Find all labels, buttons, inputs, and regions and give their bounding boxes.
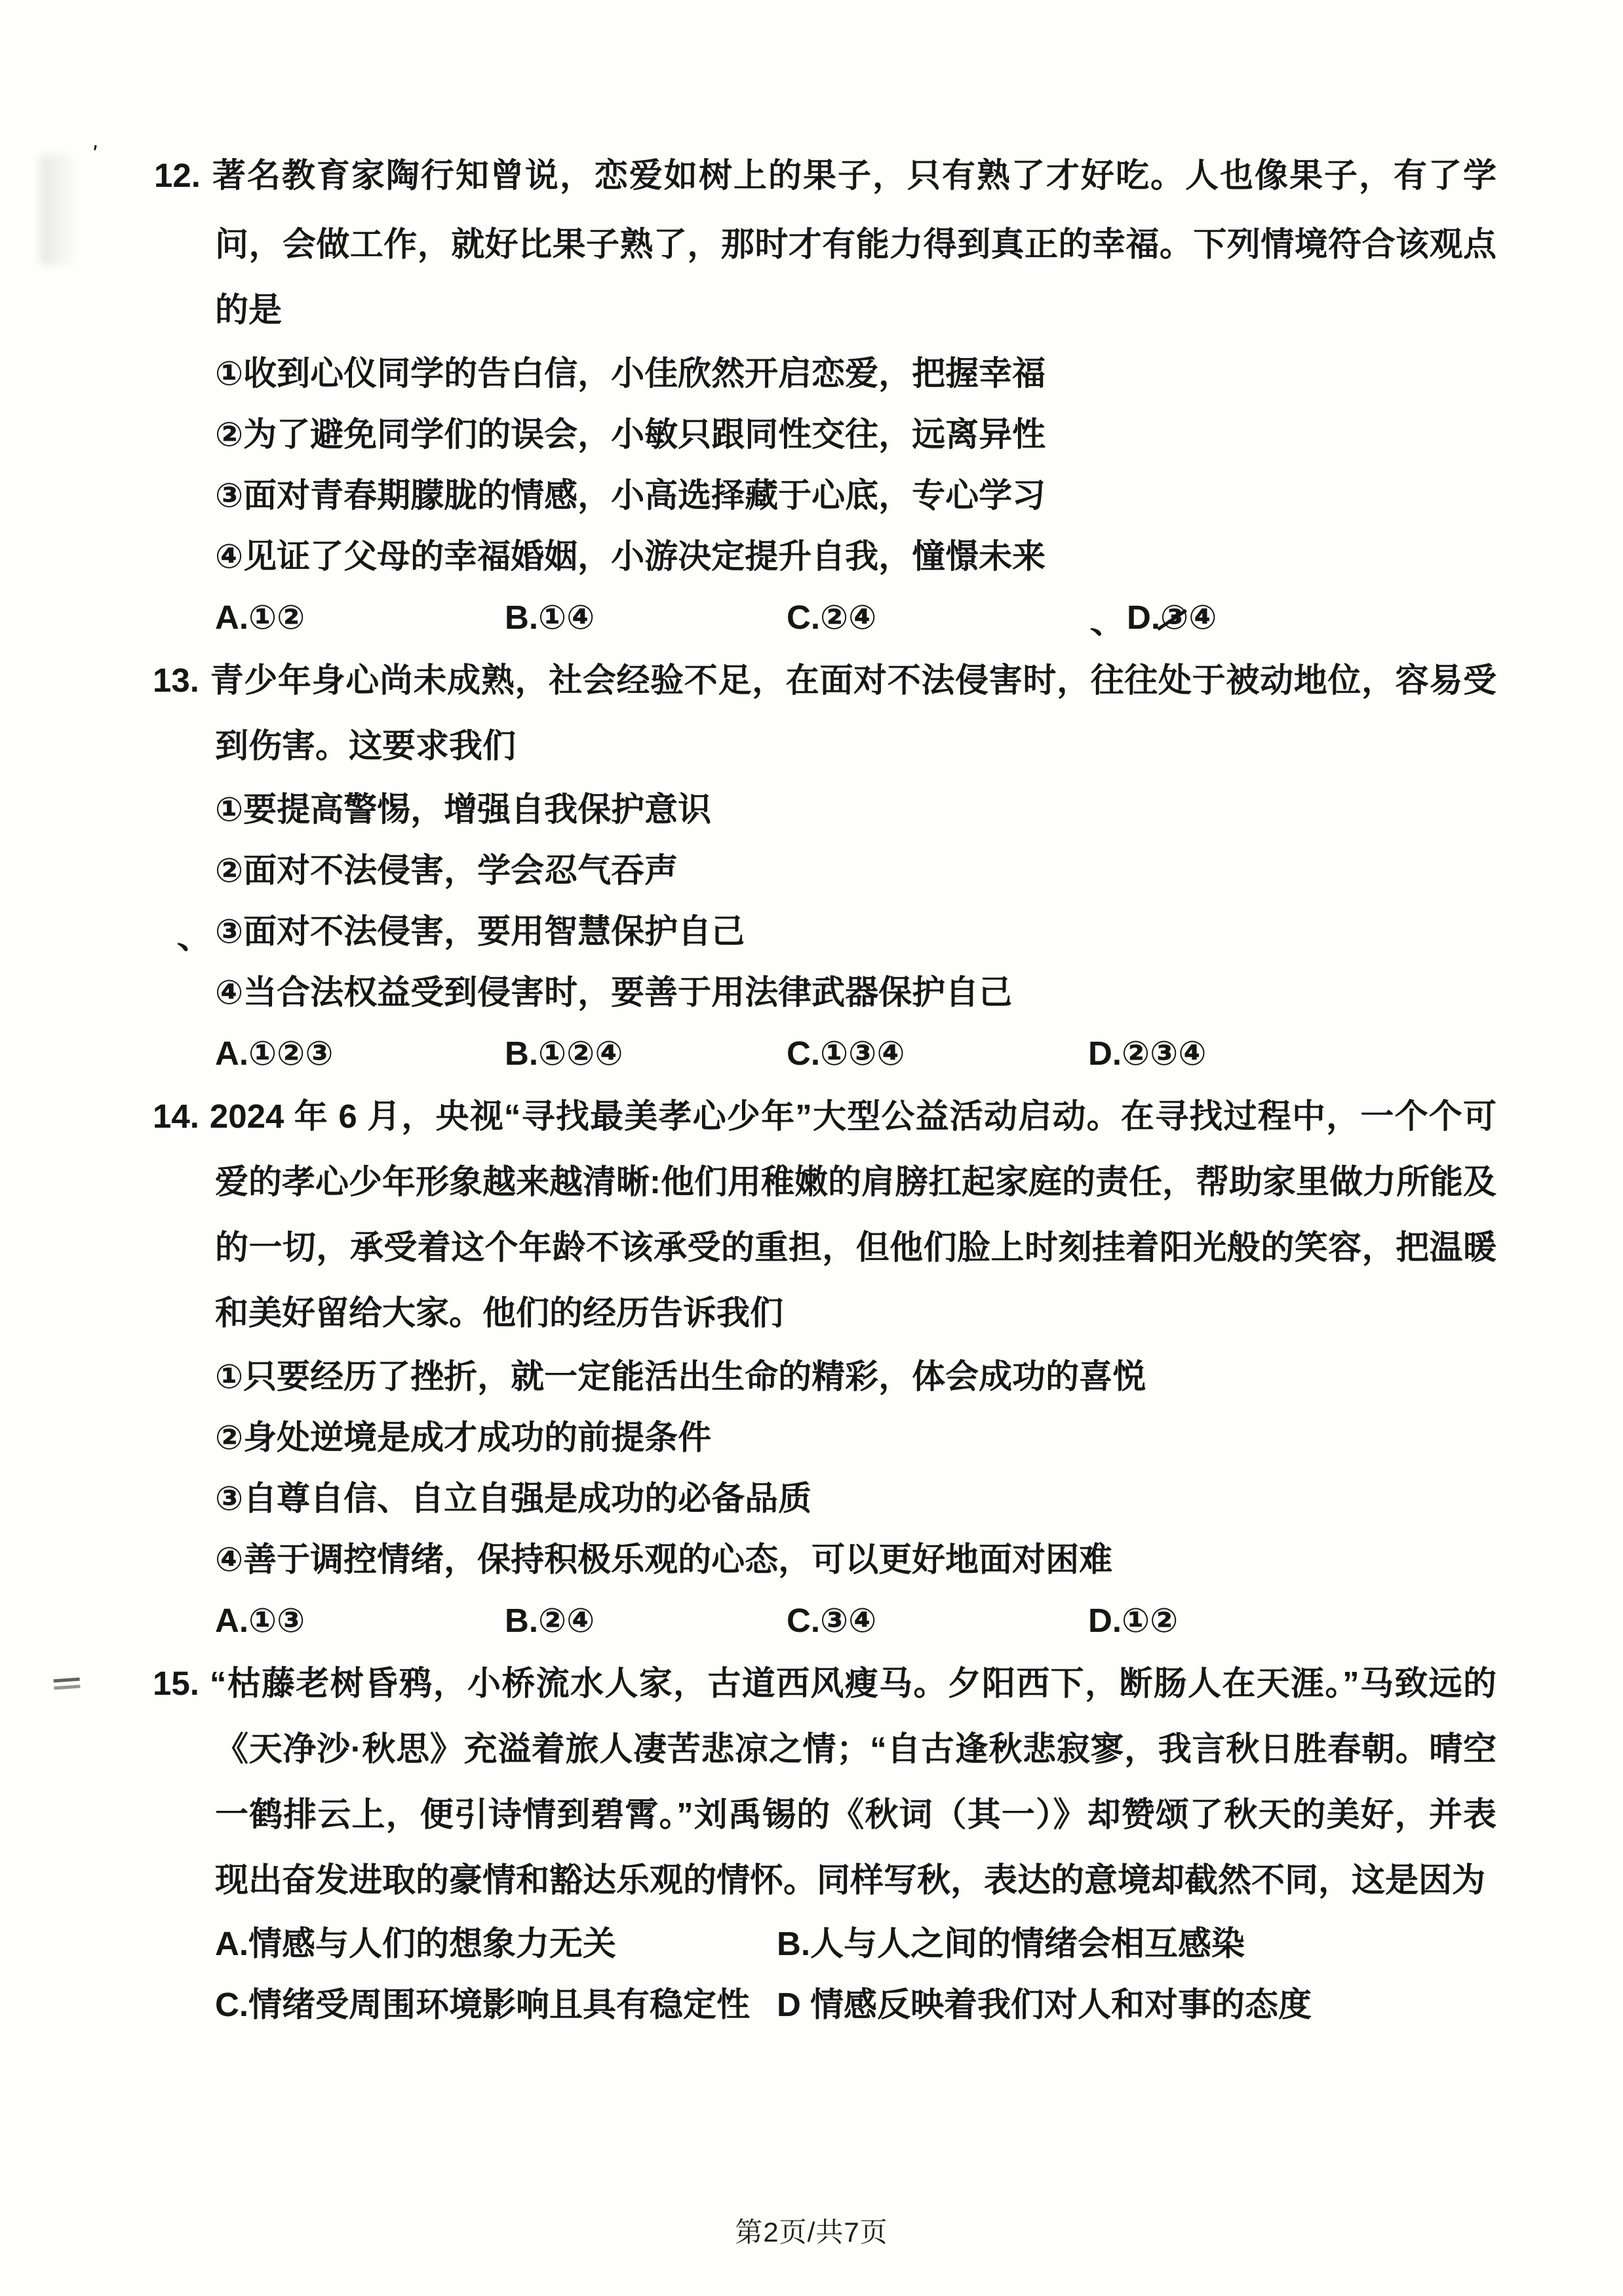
question-13-stem: 13.青少年身心尚未成熟，社会经验不足，在面对不法侵害时，往往处于被动地位，容易… [153, 648, 1496, 779]
question-15-option-d: D 情感反映着我们对人和对事的态度 [777, 1974, 1496, 2035]
question-14-option-d: D.①② [1088, 1590, 1496, 1651]
question-12-item-2: ②为了避免同学们的误会，小敏只跟同性交往，远离异性 [215, 404, 1496, 465]
question-12: '12.著名教育家陶行知曾说，恋爱如树上的果子，只有熟了才好吃。人也像果子，有了… [153, 143, 1496, 648]
question-12-options: A.①② B.①④ C.②④ 、D.③④ [215, 587, 1496, 648]
question-13-option-d: D.②③④ [1088, 1023, 1496, 1084]
question-15-options: A.情感与人们的想象力无关 B.人与人之间的情绪会相互感染 C.情绪受周围环境影… [215, 1913, 1496, 2035]
question-15: 15.“枯藤老树昏鸦，小桥流水人家，古道西风瘦马。夕阳西下，断肠人在天涯。”马致… [153, 1651, 1496, 2035]
question-14-item-4: ④善于调控情绪，保持积极乐观的心态，可以更好地面对困难 [215, 1529, 1496, 1590]
question-15-stem-text: “枯藤老树昏鸦，小桥流水人家，古道西风瘦马。夕阳西下，断肠人在天涯。”马致远的《… [210, 1665, 1496, 1899]
exam-content: '12.著名教育家陶行知曾说，恋爱如树上的果子，只有熟了才好吃。人也像果子，有了… [153, 143, 1496, 2035]
question-15-option-b: B.人与人之间的情绪会相互感染 [777, 1913, 1496, 1974]
question-14-item-2: ②身处逆境是成才成功的前提条件 [215, 1407, 1496, 1468]
question-12-number: 12. [154, 157, 201, 194]
question-13: 13.青少年身心尚未成熟，社会经验不足，在面对不法侵害时，往往处于被动地位，容易… [153, 648, 1496, 1084]
question-12-stem: '12.著名教育家陶行知曾说，恋爱如树上的果子，只有熟了才好吃。人也像果子，有了… [153, 143, 1496, 343]
pen-scribble [53, 1678, 80, 1690]
question-13-item-3: 、③面对不法侵害，要用智慧保护自己 [215, 901, 1496, 962]
page-footer: 第2页/共7页 [0, 2211, 1623, 2250]
pen-check-mark: 、 [1082, 587, 1127, 654]
question-12-item-3: ③面对青春期朦胧的情感，小高选择藏于心底，专心学习 [215, 465, 1496, 526]
question-13-stem-text: 青少年身心尚未成熟，社会经验不足，在面对不法侵害时，往往处于被动地位，容易受到伤… [210, 662, 1496, 764]
question-13-item-1: ①要提高警惕，增强自我保护意识 [215, 779, 1496, 840]
question-13-item-4: ④当合法权益受到侵害时，要善于用法律武器保护自己 [215, 962, 1496, 1023]
question-12-item-1: ①收到心仪同学的告白信，小佳欣然开启恋爱，把握幸福 [215, 343, 1496, 404]
scan-smudge [39, 154, 75, 266]
question-12-option-d-label: D. [1127, 599, 1160, 636]
question-12-option-c: C.②④ [787, 587, 1088, 648]
question-13-number: 13. [153, 662, 199, 699]
question-14: 14.2024 年 6 月，央视“寻找最美孝心少年”大型公益活动启动。在寻找过程… [153, 1084, 1496, 1651]
question-12-stem-text: 著名教育家陶行知曾说，恋爱如树上的果子，只有熟了才好吃。人也像果子，有了学问，会… [211, 157, 1496, 328]
question-14-option-a: A.①③ [215, 1590, 505, 1651]
question-12-option-a: A.①② [215, 587, 505, 648]
question-15-option-c: C.情绪受周围环境影响且具有稳定性 [215, 1974, 777, 2035]
question-13-option-b: B.①②④ [505, 1023, 787, 1084]
question-12-option-d: 、D.③④ [1088, 587, 1496, 648]
question-12-option-b: B.①④ [505, 587, 787, 648]
question-14-option-c: C.③④ [787, 1590, 1088, 1651]
question-13-option-c: C.①③④ [787, 1023, 1088, 1084]
question-14-stem-text: 2024 年 6 月，央视“寻找最美孝心少年”大型公益活动启动。在寻找过程中，一… [210, 1098, 1496, 1332]
question-13-item-3-text: ③面对不法侵害，要用智慧保护自己 [215, 913, 745, 950]
question-12-item-4: ④见证了父母的幸福婚姻，小游决定提升自我，憧憬未来 [215, 526, 1496, 587]
question-13-option-a: A.①②③ [215, 1023, 505, 1084]
question-14-options: A.①③ B.②④ C.③④ D.①② [215, 1590, 1496, 1651]
question-15-number: 15. [153, 1665, 199, 1702]
question-12-option-d-number: ④ [1188, 599, 1217, 636]
question-12-option-d-crossed-number: ③ [1160, 587, 1188, 648]
question-14-option-b: B.②④ [505, 1590, 787, 1651]
question-15-option-a: A.情感与人们的想象力无关 [215, 1913, 777, 1974]
question-14-item-3: ③自尊自信、自立自强是成功的必备品质 [215, 1468, 1496, 1529]
question-13-options: A.①②③ B.①②④ C.①③④ D.②③④ [215, 1023, 1496, 1084]
question-15-stem: 15.“枯藤老树昏鸦，小桥流水人家，古道西风瘦马。夕阳西下，断肠人在天涯。”马致… [153, 1651, 1496, 1913]
exam-page: '12.著名教育家陶行知曾说，恋爱如树上的果子，只有熟了才好吃。人也像果子，有了… [0, 0, 1623, 2296]
question-14-item-1: ①只要经历了挫折，就一定能活出生命的精彩，体会成功的喜悦 [215, 1346, 1496, 1407]
question-14-stem: 14.2024 年 6 月，央视“寻找最美孝心少年”大型公益活动启动。在寻找过程… [153, 1084, 1496, 1346]
pen-mark: 、 [172, 902, 219, 968]
question-14-number: 14. [153, 1098, 199, 1135]
question-13-item-2: ②面对不法侵害，学会忍气吞声 [215, 840, 1496, 901]
